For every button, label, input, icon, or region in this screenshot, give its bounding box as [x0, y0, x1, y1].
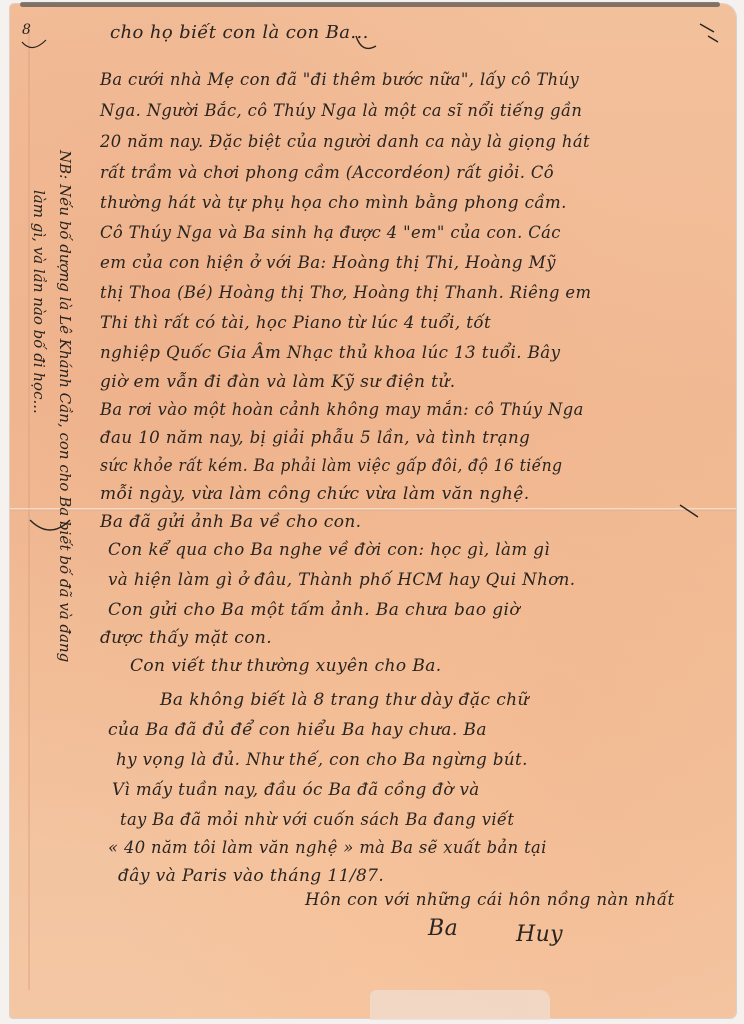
ink-strokes-decoration — [0, 0, 744, 1024]
